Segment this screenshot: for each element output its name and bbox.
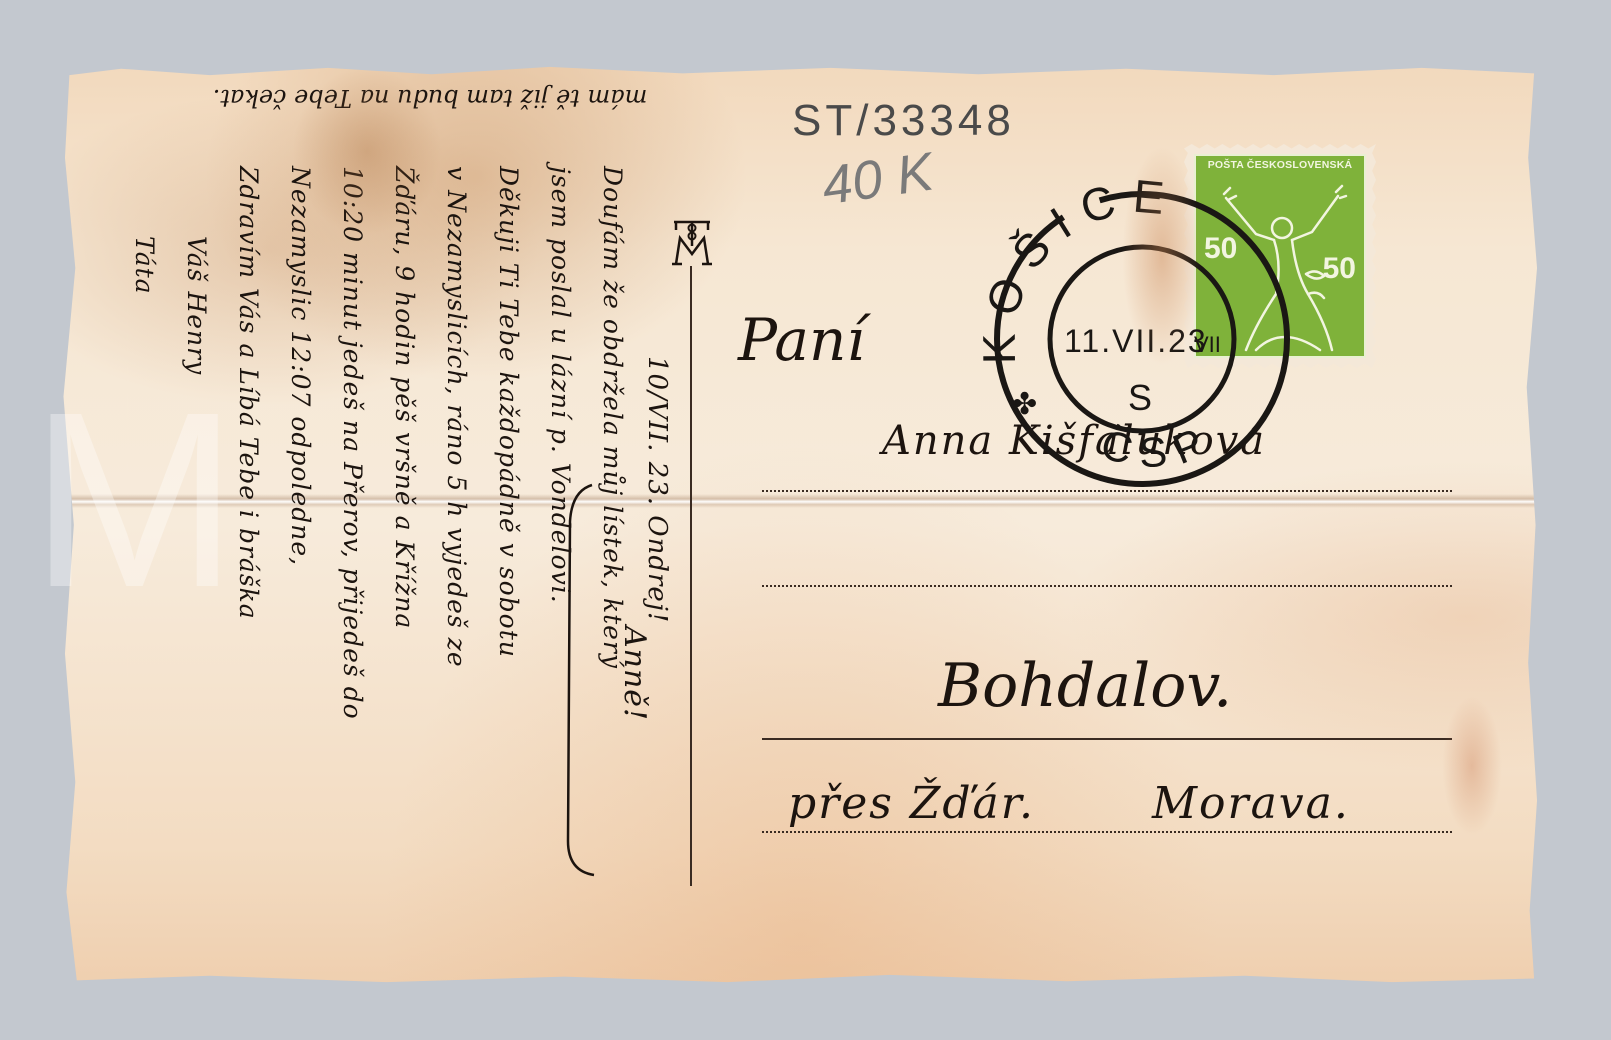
address-line-4 (762, 831, 1452, 833)
message-line: Doufám že obdržela můj lístek, který (598, 166, 627, 669)
message-line: Zdravím Vás a Líbá Tebe i bráška (234, 166, 263, 620)
postcard: ST/33348 40 K Paní Anna Kišfaluková Bohd… (62, 66, 1540, 984)
recipient-via: přes Žďár. (788, 778, 1035, 829)
age-stain (292, 66, 442, 236)
age-stain (1122, 146, 1202, 366)
publisher-monogram-icon (670, 216, 714, 268)
stamp-issuer: POŠTA ČESKOSLOVENSKÁ (1196, 159, 1364, 171)
stamp-value-right: 50 (1323, 252, 1356, 286)
center-divider (690, 266, 692, 886)
recipient-town: Bohdalov. (938, 651, 1232, 721)
salutation: Paní (738, 306, 865, 374)
postmark-code: S (1128, 377, 1152, 418)
recipient-region: Morava. (1152, 778, 1350, 829)
message-line: jsem poslal u lázní p. Vondelovi. (546, 166, 575, 604)
postmark-bottom-text: ČSP (1096, 415, 1220, 477)
message-line: Váš Henry (182, 236, 211, 375)
message-line: Táta (130, 236, 159, 295)
message-line: 10:20 minut jedeš na Přerov, přijedeš do (338, 166, 367, 720)
message-line: Děkuji Ti Tebe každopádně v sobotu (494, 166, 523, 658)
fold-crease (62, 494, 1540, 508)
address-line-2 (762, 585, 1452, 587)
svg-text:ČSP: ČSP (1096, 415, 1220, 477)
message-line: v Nezamyslicích, ráno 5 h vyjedeš ze (442, 166, 471, 668)
address-line-3 (762, 738, 1452, 740)
catalog-code: ST/33348 (792, 96, 1015, 146)
postmark-ornament-icon: ✤ (1012, 387, 1037, 422)
message-dateline: 10/VII. 23. Ondrej! (642, 356, 672, 623)
pencil-price-note: 40 K (818, 141, 937, 218)
age-stain (1442, 696, 1502, 836)
